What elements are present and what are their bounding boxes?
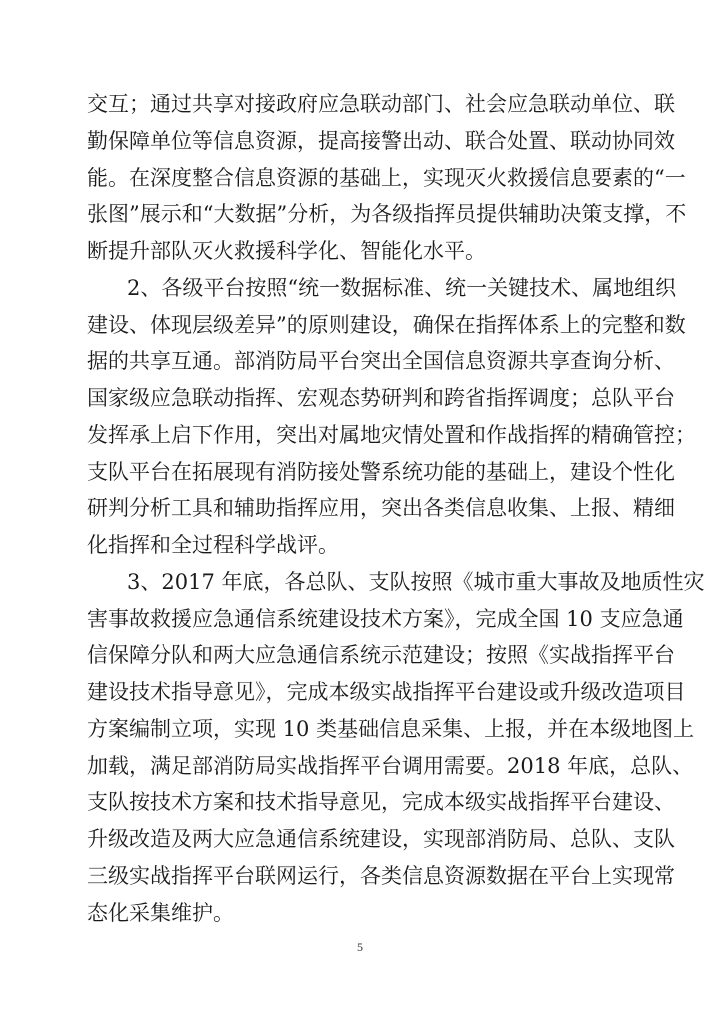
text-line: 发挥承上启下作用，突出对属地灾情处置和作战指挥的精确管控； [87,417,635,454]
paragraph-first-line: 2、各级平台按照“统一数据标准、统一关键技术、属地组织 [87,270,635,307]
document-page: 交互；通过共享对接政府应急联动部门、社会应急联动单位、联 勤保障单位等信息资源，… [0,0,720,1018]
text-line: 据的共享互通。部消防局平台突出全国信息资源共享查询分析、 [87,343,635,380]
document-body: 交互；通过共享对接政府应急联动部门、社会应急联动单位、联 勤保障单位等信息资源，… [87,86,635,931]
text-line: 三级实战指挥平台联网运行，各类信息资源数据在平台上实现常 [87,858,635,895]
text-line: 方案编制立项，实现 10 类基础信息采集、上报，并在本级地图上 [87,711,635,748]
text-line: 害事故救援应急通信系统建设技术方案》，完成全国 10 支应急通 [87,601,635,638]
text-line: 国家级应急联动指挥、宏观态势研判和跨省指挥调度；总队平台 [87,380,635,417]
text-line: 建设、体现层级差异”的原则建设，确保在指挥体系上的完整和数 [87,307,635,344]
page-number: 5 [352,940,368,955]
text-line: 建设技术指导意见》，完成本级实战指挥平台建设或升级改造项目 [87,674,635,711]
text-line: 断提升部队灭火救援科学化、智能化水平。 [87,233,635,270]
paragraph-first-line: 3、2017 年底，各总队、支队按照《城市重大事故及地质性灾 [87,564,635,601]
text-line: 加载，满足部消防局实战指挥平台调用需要。2018 年底，总队、 [87,748,635,785]
text-line: 勤保障单位等信息资源，提高接警出动、联合处置、联动协同效 [87,123,635,160]
text-line: 信保障分队和两大应急通信系统示范建设；按照《实战指挥平台 [87,637,635,674]
text-line: 张图”展示和“大数据”分析，为各级指挥员提供辅助决策支撑，不 [87,196,635,233]
text-line: 能。在深度整合信息资源的基础上，实现灭火救援信息要素的“一 [87,160,635,197]
text-line: 化指挥和全过程科学战评。 [87,527,635,564]
text-line: 支队平台在拓展现有消防接处警系统功能的基础上，建设个性化 [87,454,635,491]
text-line: 交互；通过共享对接政府应急联动部门、社会应急联动单位、联 [87,86,635,123]
text-line: 升级改造及两大应急通信系统建设，实现部消防局、总队、支队 [87,821,635,858]
text-line: 支队按技术方案和技术指导意见，完成本级实战指挥平台建设、 [87,784,635,821]
text-line: 研判分析工具和辅助指挥应用，突出各类信息收集、上报、精细 [87,490,635,527]
text-line: 态化采集维护。 [87,895,635,932]
